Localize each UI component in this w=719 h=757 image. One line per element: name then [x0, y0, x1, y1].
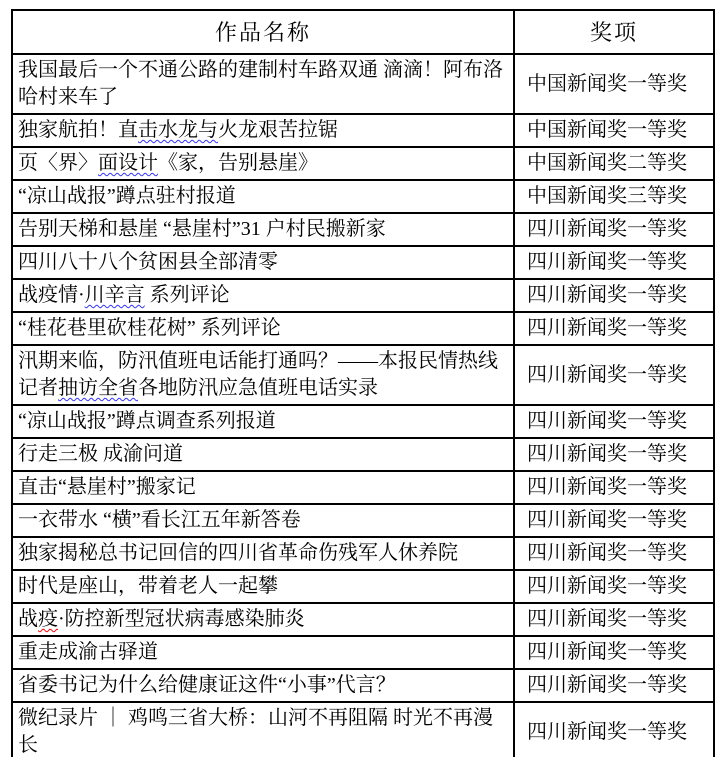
table-row: 行走三极 成渝问道 四川新闻奖一等奖	[12, 438, 714, 471]
work-title-text: 独家揭秘总书记回信的四川省革命伤残军人休养院	[18, 542, 458, 564]
work-title-cell: 四川八十八个贫困县全部清零	[12, 246, 514, 279]
award-cell: 中国新闻奖一等奖	[514, 114, 714, 147]
award-cell: 中国新闻奖三等奖	[514, 180, 714, 213]
award-cell: 中国新闻奖一等奖	[514, 54, 714, 114]
work-title-text: 四川八十八个贫困县全部清零	[18, 251, 278, 273]
work-title-cell: 一衣带水 “横”看长江五年新答卷	[12, 504, 514, 537]
work-title-text: 各地防汛应急值班电话实录	[138, 377, 378, 399]
award-cell: 四川新闻奖一等奖	[514, 669, 714, 702]
table-row: “凉山战报”蹲点调查系列报道 四川新闻奖一等奖	[12, 405, 714, 438]
work-title-cell: 告别天梯和悬崖 “悬崖村”31 户村民搬新家	[12, 213, 514, 246]
work-title-text: 一衣带水 “横”看长江五年新答卷	[18, 509, 301, 531]
work-title-text: 页〈界〉	[18, 152, 98, 174]
spellcheck-marked-text: 疫	[38, 608, 58, 630]
award-cell: 四川新闻奖一等奖	[514, 537, 714, 570]
work-title-text: 微纪录片 ｜ 鸡鸣三省大桥：山河不再阻隔 时光不再漫长	[18, 707, 493, 756]
work-title-cell: 微纪录片 ｜ 鸡鸣三省大桥：山河不再阻隔 时光不再漫长	[12, 702, 514, 757]
table-body: 我国最后一个不通公路的建制村车路双通 滴滴！阿布洛哈村来车了 中国新闻奖一等奖 …	[12, 54, 714, 757]
work-title-cell: 直击“悬崖村”搬家记	[12, 471, 514, 504]
award-cell: 中国新闻奖二等奖	[514, 147, 714, 180]
award-cell: 四川新闻奖一等奖	[514, 312, 714, 345]
work-title-cell: 省委书记为什么给健康证这件“小事”代言？	[12, 669, 514, 702]
table-row: 页〈界〉面设计《家，告别悬崖》 中国新闻奖二等奖	[12, 147, 714, 180]
table-row: 省委书记为什么给健康证这件“小事”代言？ 四川新闻奖一等奖	[12, 669, 714, 702]
award-cell: 四川新闻奖一等奖	[514, 345, 714, 405]
table-row: 一衣带水 “横”看长江五年新答卷 四川新闻奖一等奖	[12, 504, 714, 537]
table-row: 独家揭秘总书记回信的四川省革命伤残军人休养院 四川新闻奖一等奖	[12, 537, 714, 570]
work-title-cell: 战疫情·川辛言 系列评论	[12, 279, 514, 312]
table-row: “桂花巷里砍桂花树” 系列评论 四川新闻奖一等奖	[12, 312, 714, 345]
table-row: 直击“悬崖村”搬家记 四川新闻奖一等奖	[12, 471, 714, 504]
document-page: 作品名称 奖项 我国最后一个不通公路的建制村车路双通 滴滴！阿布洛哈村来车了 中…	[0, 0, 719, 757]
award-cell: 四川新闻奖一等奖	[514, 471, 714, 504]
work-title-text: 战疫情·	[18, 284, 85, 306]
award-cell: 四川新闻奖一等奖	[514, 504, 714, 537]
work-title-text: ·防控新型冠状病毒感染肺炎	[58, 608, 305, 630]
column-header-award: 奖项	[514, 10, 714, 54]
work-title-text: 独家航拍！直	[18, 119, 138, 141]
work-title-text: “凉山战报”蹲点驻村报道	[18, 185, 236, 207]
work-title-cell: 重走成渝古驿道	[12, 636, 514, 669]
work-title-text: 时代是座山，带着老人一起攀	[18, 575, 278, 597]
work-title-cell: “凉山战报”蹲点调查系列报道	[12, 405, 514, 438]
spellcheck-marked-text: 面设计	[98, 152, 158, 174]
awards-table: 作品名称 奖项 我国最后一个不通公路的建制村车路双通 滴滴！阿布洛哈村来车了 中…	[11, 9, 715, 757]
work-title-cell: 我国最后一个不通公路的建制村车路双通 滴滴！阿布洛哈村来车了	[12, 54, 514, 114]
spellcheck-marked-text: 川辛言	[85, 284, 145, 306]
spellcheck-marked-text: 抽访全省	[58, 377, 138, 399]
work-title-cell: 独家揭秘总书记回信的四川省革命伤残军人休养院	[12, 537, 514, 570]
work-title-text: 战	[18, 608, 38, 630]
work-title-text: 行走三极 成渝问道	[18, 443, 183, 465]
table-row: 独家航拍！直击水龙与火龙艰苦拉锯 中国新闻奖一等奖	[12, 114, 714, 147]
work-title-cell: 页〈界〉面设计《家，告别悬崖》	[12, 147, 514, 180]
award-cell: 四川新闻奖一等奖	[514, 702, 714, 757]
work-title-text: 告别天梯和悬崖 “悬崖村”31 户村民搬新家	[18, 218, 386, 240]
work-title-cell: 时代是座山，带着老人一起攀	[12, 570, 514, 603]
work-title-text: 《家，告别悬崖》	[158, 152, 318, 174]
award-cell: 四川新闻奖一等奖	[514, 246, 714, 279]
award-cell: 四川新闻奖一等奖	[514, 279, 714, 312]
work-title-text: 火龙艰苦拉锯	[218, 119, 338, 141]
spellcheck-marked-text: 击水龙与	[138, 119, 218, 141]
table-row: 战疫情·川辛言 系列评论 四川新闻奖一等奖	[12, 279, 714, 312]
column-header-work-title: 作品名称	[12, 10, 514, 54]
work-title-cell: 行走三极 成渝问道	[12, 438, 514, 471]
award-cell: 四川新闻奖一等奖	[514, 636, 714, 669]
table-row: 汛期来临，防汛值班电话能打通吗？——本报民情热线记者抽访全省各地防汛应急值班电话…	[12, 345, 714, 405]
work-title-cell: “桂花巷里砍桂花树” 系列评论	[12, 312, 514, 345]
table-row: 战疫·防控新型冠状病毒感染肺炎 四川新闻奖一等奖	[12, 603, 714, 636]
work-title-cell: “凉山战报”蹲点驻村报道	[12, 180, 514, 213]
work-title-text: “凉山战报”蹲点调查系列报道	[18, 410, 276, 432]
header-row: 作品名称 奖项	[12, 10, 714, 54]
table-row: 微纪录片 ｜ 鸡鸣三省大桥：山河不再阻隔 时光不再漫长 四川新闻奖一等奖	[12, 702, 714, 757]
work-title-text: 省委书记为什么给健康证这件“小事”代言？	[18, 674, 396, 696]
award-cell: 四川新闻奖一等奖	[514, 213, 714, 246]
work-title-text: “桂花巷里砍桂花树” 系列评论	[18, 317, 281, 339]
table-row: 四川八十八个贫困县全部清零 四川新闻奖一等奖	[12, 246, 714, 279]
work-title-cell: 战疫·防控新型冠状病毒感染肺炎	[12, 603, 514, 636]
work-title-text: 重走成渝古驿道	[18, 641, 158, 663]
work-title-cell: 独家航拍！直击水龙与火龙艰苦拉锯	[12, 114, 514, 147]
award-cell: 四川新闻奖一等奖	[514, 603, 714, 636]
table-row: 时代是座山，带着老人一起攀 四川新闻奖一等奖	[12, 570, 714, 603]
award-cell: 四川新闻奖一等奖	[514, 570, 714, 603]
award-cell: 四川新闻奖一等奖	[514, 405, 714, 438]
work-title-text: 系列评论	[145, 284, 230, 306]
award-cell: 四川新闻奖一等奖	[514, 438, 714, 471]
table-row: 重走成渝古驿道 四川新闻奖一等奖	[12, 636, 714, 669]
work-title-text: 我国最后一个不通公路的建制村车路双通 滴滴！阿布洛哈村来车了	[18, 59, 503, 108]
table-row: 告别天梯和悬崖 “悬崖村”31 户村民搬新家 四川新闻奖一等奖	[12, 213, 714, 246]
table-row: “凉山战报”蹲点驻村报道 中国新闻奖三等奖	[12, 180, 714, 213]
work-title-text: 直击“悬崖村”搬家记	[18, 476, 196, 498]
work-title-cell: 汛期来临，防汛值班电话能打通吗？——本报民情热线记者抽访全省各地防汛应急值班电话…	[12, 345, 514, 405]
table-row: 我国最后一个不通公路的建制村车路双通 滴滴！阿布洛哈村来车了 中国新闻奖一等奖	[12, 54, 714, 114]
